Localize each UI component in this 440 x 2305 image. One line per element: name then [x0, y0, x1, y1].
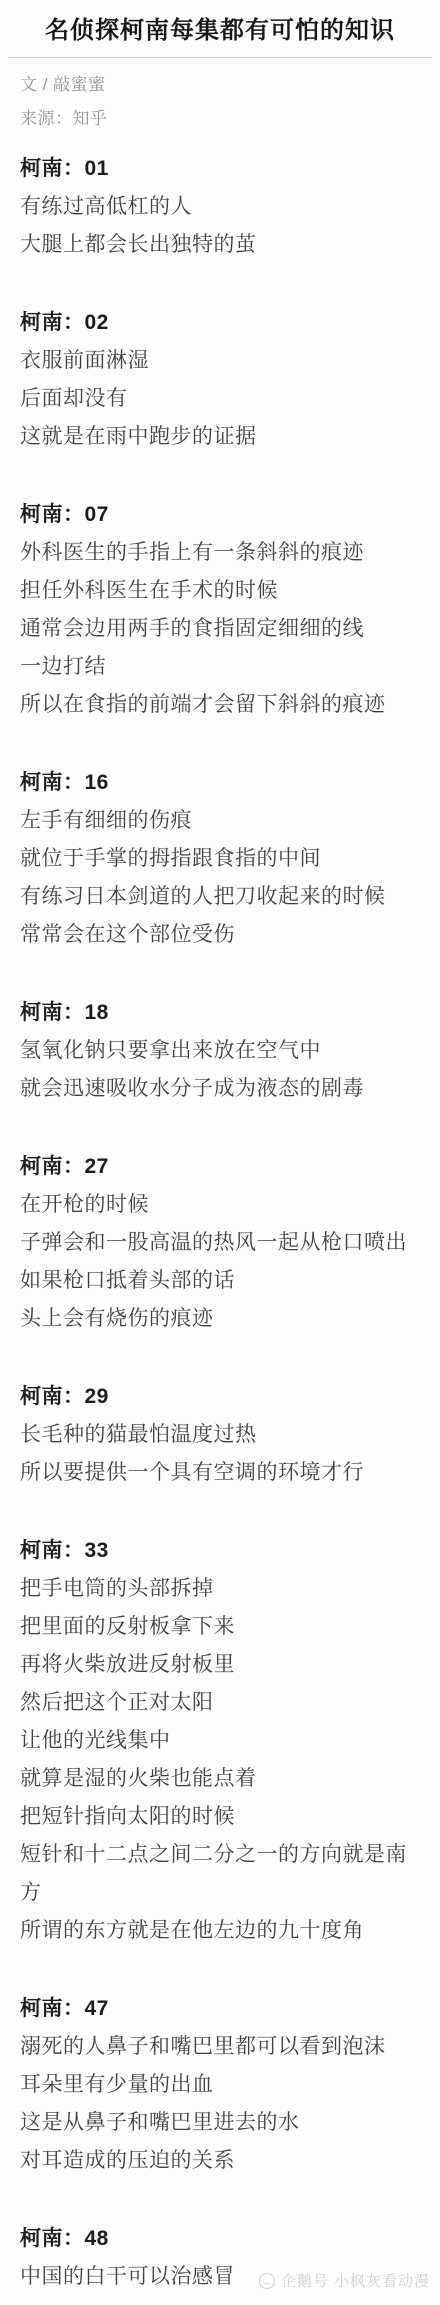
watermark-text: 企鹅号 小枫灰看动漫 — [281, 2270, 430, 2291]
body-line: 子弹会和一股高温的热风一起从枪口喷出 — [20, 1224, 424, 1262]
episode-section: 柯南：33 把手电筒的头部拆掉把里面的反射板拿下来再将火柴放进反射板里然后把这个… — [20, 1532, 424, 1950]
body-line: 这是从鼻子和嘴巴里进去的水 — [20, 2104, 424, 2142]
section-header: 柯南：29 — [20, 1378, 424, 1416]
body-line: 所以在食指的前端才会留下斜斜的痕迹 — [20, 686, 424, 724]
section-header: 柯南：27 — [20, 1148, 424, 1186]
section-lines: 有练过高低杠的人大腿上都会长出独特的茧 — [20, 188, 424, 264]
page-title: 名侦探柯南每集都有可怕的知识 — [0, 14, 440, 48]
body-line: 然后把这个正对太阳 — [20, 1684, 424, 1722]
section-header: 柯南：18 — [20, 994, 424, 1032]
body-line: 衣服前面淋湿 — [20, 342, 424, 380]
body-line: 通常会边用两手的食指固定细细的线 — [20, 610, 424, 648]
body-line: 氢氧化钠只要拿出来放在空气中 — [20, 1032, 424, 1070]
episode-section: 柯南：07 外科医生的手指上有一条斜斜的痕迹担任外科医生在手术的时候通常会边用两… — [20, 496, 424, 724]
episode-section: 柯南：18 氢氧化钠只要拿出来放在空气中就会迅速吸收水分子成为液态的剧毒 — [20, 994, 424, 1108]
watermark: 企鹅号 小枫灰看动漫 — [259, 2270, 430, 2291]
body-line: 大腿上都会长出独特的茧 — [20, 226, 424, 264]
section-header: 柯南：48 — [20, 2220, 424, 2258]
body-line: 长毛种的猫最怕温度过热 — [20, 1416, 424, 1454]
body-line: 左手有细细的伤痕 — [20, 802, 424, 840]
body-line: 让他的光线集中 — [20, 1722, 424, 1760]
section-lines: 左手有细细的伤痕就位于手掌的拇指跟食指的中间有练习日本剑道的人把刀收起来的时候常… — [20, 802, 424, 954]
section-header: 柯南：47 — [20, 1990, 424, 2028]
body-line: 在开枪的时候 — [20, 1186, 424, 1224]
source-line: 来源：知乎 — [20, 102, 440, 136]
body-line: 把里面的反射板拿下来 — [20, 1608, 424, 1646]
section-header: 柯南：07 — [20, 496, 424, 534]
body-line: 就算是湿的火柴也能点着 — [20, 1760, 424, 1798]
body-line: 所谓的东方就是在他左边的九十度角 — [20, 1912, 424, 1950]
body-line: 耳朵里有少量的出血 — [20, 2066, 424, 2104]
section-header: 柯南：16 — [20, 764, 424, 802]
body-line: 再将火柴放进反射板里 — [20, 1646, 424, 1684]
body-line: 一边打结 — [20, 648, 424, 686]
section-header: 柯南：01 — [20, 150, 424, 188]
section-lines: 把手电筒的头部拆掉把里面的反射板拿下来再将火柴放进反射板里然后把这个正对太阳让他… — [20, 1570, 424, 1950]
episode-section: 柯南：02 衣服前面淋湿后面却没有这就是在雨中跑步的证据 — [20, 304, 424, 456]
episode-section: 柯南：29 长毛种的猫最怕温度过热所以要提供一个具有空调的环境才行 — [20, 1378, 424, 1492]
body-line: 有练习日本剑道的人把刀收起来的时候 — [20, 878, 424, 916]
section-header: 柯南：33 — [20, 1532, 424, 1570]
body-line: 溺死的人鼻子和嘴巴里都可以看到泡沫 — [20, 2028, 424, 2066]
author-line: 文 / 敲蜜蜜 — [20, 68, 440, 102]
section-header: 柯南：02 — [20, 304, 424, 342]
penguin-icon — [259, 2273, 275, 2289]
body-line: 把手电筒的头部拆掉 — [20, 1570, 424, 1608]
body-line: 所以要提供一个具有空调的环境才行 — [20, 1454, 424, 1492]
body-line: 常常会在这个部位受伤 — [20, 916, 424, 954]
body-line: 短针和十二点之间二分之一的方向就是南方 — [20, 1836, 424, 1912]
title-divider — [8, 57, 432, 58]
section-lines: 衣服前面淋湿后面却没有这就是在雨中跑步的证据 — [20, 342, 424, 456]
body-line: 这就是在雨中跑步的证据 — [20, 418, 424, 456]
body-line: 对耳造成的压迫的关系 — [20, 2142, 424, 2180]
article-meta: 文 / 敲蜜蜜 来源：知乎 — [0, 68, 440, 136]
body-line: 头上会有烧伤的痕迹 — [20, 1300, 424, 1338]
body-line: 如果枪口抵着头部的话 — [20, 1262, 424, 1300]
body-line: 担任外科医生在手术的时候 — [20, 572, 424, 610]
episode-section: 柯南：47 溺死的人鼻子和嘴巴里都可以看到泡沫耳朵里有少量的出血这是从鼻子和嘴巴… — [20, 1990, 424, 2180]
body-line: 把短针指向太阳的时候 — [20, 1798, 424, 1836]
section-lines: 氢氧化钠只要拿出来放在空气中就会迅速吸收水分子成为液态的剧毒 — [20, 1032, 424, 1108]
section-lines: 溺死的人鼻子和嘴巴里都可以看到泡沫耳朵里有少量的出血这是从鼻子和嘴巴里进去的水对… — [20, 2028, 424, 2180]
article-page: 名侦探柯南每集都有可怕的知识 文 / 敲蜜蜜 来源：知乎 柯南：01 有练过高低… — [0, 0, 440, 2305]
episode-section: 柯南：27 在开枪的时候子弹会和一股高温的热风一起从枪口喷出如果枪口抵着头部的话… — [20, 1148, 424, 1338]
body-line: 就位于手掌的拇指跟食指的中间 — [20, 840, 424, 878]
section-lines: 在开枪的时候子弹会和一股高温的热风一起从枪口喷出如果枪口抵着头部的话头上会有烧伤… — [20, 1186, 424, 1338]
episode-section: 柯南：16 左手有细细的伤痕就位于手掌的拇指跟食指的中间有练习日本剑道的人把刀收… — [20, 764, 424, 954]
section-lines: 长毛种的猫最怕温度过热所以要提供一个具有空调的环境才行 — [20, 1416, 424, 1492]
sections: 柯南：01 有练过高低杠的人大腿上都会长出独特的茧 柯南：02 衣服前面淋湿后面… — [0, 150, 440, 2296]
section-lines: 外科医生的手指上有一条斜斜的痕迹担任外科医生在手术的时候通常会边用两手的食指固定… — [20, 534, 424, 724]
body-line: 后面却没有 — [20, 380, 424, 418]
body-line: 就会迅速吸收水分子成为液态的剧毒 — [20, 1070, 424, 1108]
body-line: 有练过高低杠的人 — [20, 188, 424, 226]
episode-section: 柯南：01 有练过高低杠的人大腿上都会长出独特的茧 — [20, 150, 424, 264]
body-line: 外科医生的手指上有一条斜斜的痕迹 — [20, 534, 424, 572]
